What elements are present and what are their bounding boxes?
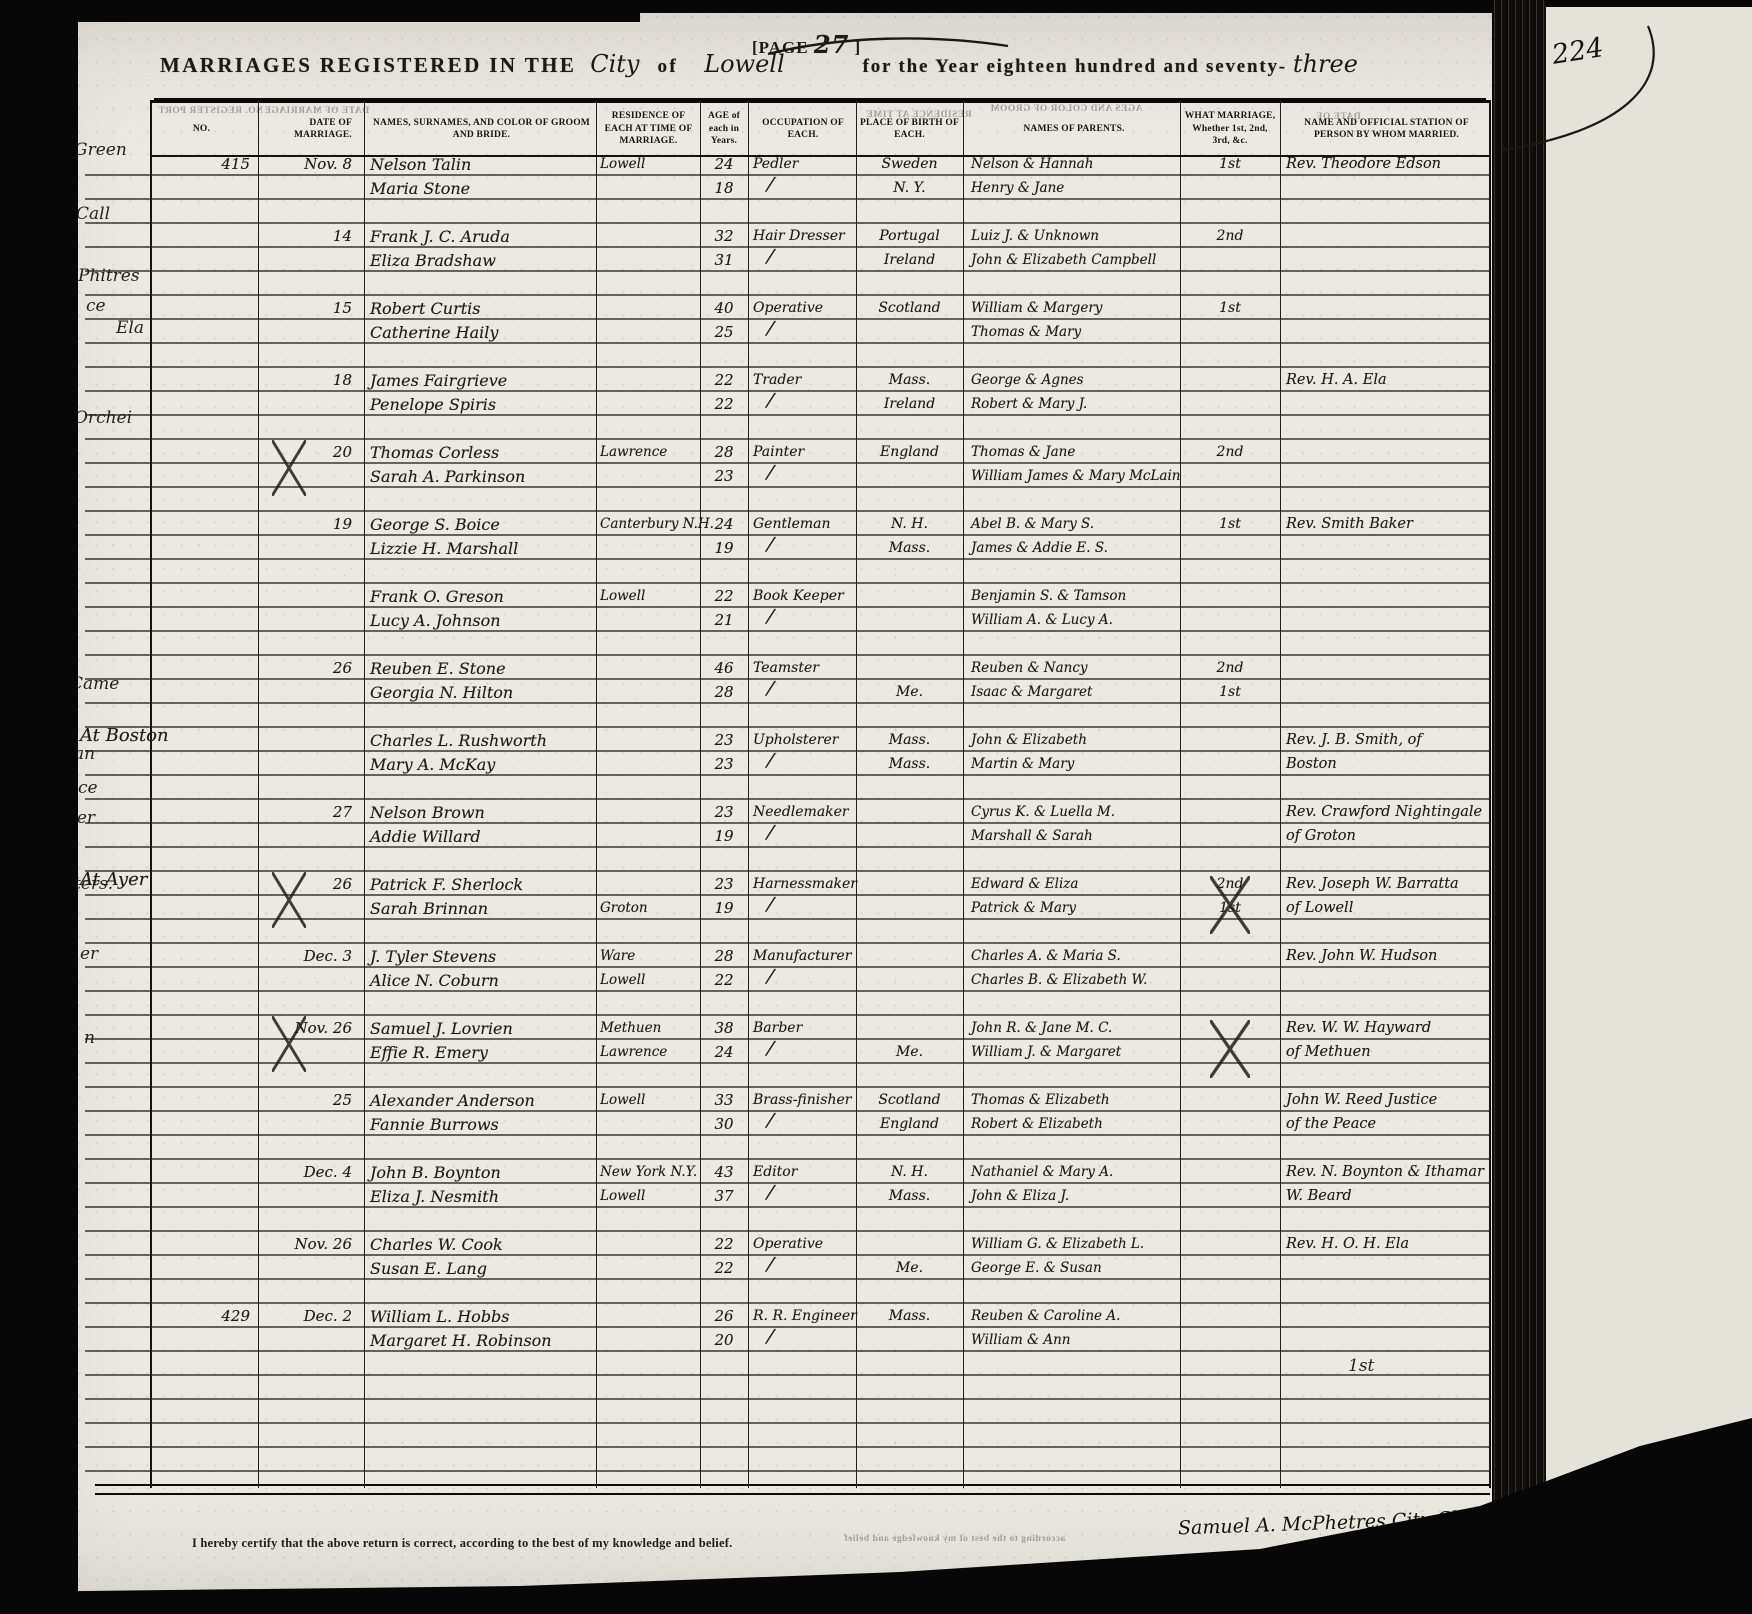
groom-residence: Methuen	[600, 1016, 700, 1040]
groom-age: 23	[700, 800, 748, 824]
bride-birthplace: Ireland	[856, 248, 963, 272]
record-number	[150, 1088, 250, 1112]
officiant-line2	[1286, 1256, 1490, 1280]
date-cell: 26	[258, 656, 364, 728]
bride-age: 24	[700, 1040, 748, 1064]
groom-birthplace: Mass.	[856, 728, 963, 752]
record-number	[150, 1160, 250, 1184]
date-cell: Dec. 3	[258, 944, 364, 1016]
birthplace-cell	[856, 800, 963, 872]
occupation-cell: Trader /	[748, 368, 856, 440]
what-marriage-cell	[1180, 1160, 1280, 1232]
top-left-scan-edge	[0, 0, 640, 22]
names-cell: Frank J. C. Aruda Eliza Bradshaw	[364, 224, 596, 296]
parents-cell: Charles A. & Maria S. Charles B. & Eliza…	[963, 944, 1180, 1016]
record-number-cell	[150, 224, 258, 296]
officiant-line2: of Lowell	[1286, 896, 1490, 920]
groom-name: William L. Hobbs	[370, 1304, 596, 1328]
occupation-cell: Pedler /	[748, 152, 856, 224]
birthplace-cell: Mass. Mass.	[856, 728, 963, 800]
officiant-line2: Boston	[1286, 752, 1490, 776]
bride-birthplace	[856, 896, 963, 920]
groom-birthplace: Portugal	[856, 224, 963, 248]
record-number-cell	[150, 512, 258, 584]
birthplace-cell: Scotland	[856, 296, 963, 368]
cross-mark-date	[272, 1016, 306, 1072]
groom-marriage-ordinal	[1180, 584, 1280, 608]
what-marriage-cell: 1st	[1180, 512, 1280, 584]
record-number-cell	[150, 1232, 258, 1304]
record-number	[150, 296, 250, 320]
bride-age: 20	[700, 1328, 748, 1352]
officiant-cell: Rev. W. W. Hayward of Methuen	[1280, 1016, 1490, 1088]
record-number	[150, 800, 250, 824]
record-number	[150, 512, 250, 536]
officiant-line1	[1286, 1304, 1490, 1328]
residence-cell	[596, 1232, 700, 1304]
bride-marriage-ordinal	[1180, 968, 1280, 992]
groom-age: 28	[700, 944, 748, 968]
record-number-cell	[150, 440, 258, 512]
names-cell: J. Tyler Stevens Alice N. Coburn	[364, 944, 596, 1016]
bride-marriage-ordinal	[1180, 392, 1280, 416]
date-cell: Dec. 4	[258, 1160, 364, 1232]
parents-cell: Nelson & Hannah Henry & Jane	[963, 152, 1180, 224]
birthplace-cell: Portugal Ireland	[856, 224, 963, 296]
marriage-date: 19	[258, 512, 352, 536]
bride-birthplace: Me.	[856, 1256, 963, 1280]
groom-parents: Nelson & Hannah	[971, 152, 1180, 176]
groom-name: Frank J. C. Aruda	[370, 224, 596, 248]
age-cell: 40 25	[700, 296, 748, 368]
groom-parents: William & Margery	[971, 296, 1180, 320]
bride-age: 23	[700, 464, 748, 488]
groom-parents: John R. & Jane M. C.	[971, 1016, 1180, 1040]
bride-residence	[600, 1328, 700, 1352]
bride-name: Susan E. Lang	[370, 1256, 596, 1280]
date-cell: 27	[258, 800, 364, 872]
officiant-line1	[1286, 224, 1490, 248]
bride-parents: William J. & Margaret	[971, 1040, 1180, 1064]
occupation-cell: Harnessmaker /	[748, 872, 856, 944]
table-row: 20 Thomas Corless Sarah A. Parkinson Law…	[150, 440, 1490, 512]
groom-name: Reuben E. Stone	[370, 656, 596, 680]
bride-parents: Isaac & Margaret	[971, 680, 1180, 704]
edge-text-fragment: ce	[78, 778, 98, 798]
age-cell: 22 22	[700, 1232, 748, 1304]
bride-marriage-ordinal	[1180, 320, 1280, 344]
bride-marriage-ordinal	[1180, 608, 1280, 632]
bride-birthplace: England	[856, 1112, 963, 1136]
bride-name: Addie Willard	[370, 824, 596, 848]
names-cell: William L. Hobbs Margaret H. Robinson	[364, 1304, 596, 1376]
column-header: PLACE OF BIRTH OF EACH.	[856, 103, 963, 155]
bride-residence	[600, 464, 700, 488]
residence-cell	[596, 1304, 700, 1376]
date-cell: 25	[258, 1088, 364, 1160]
groom-residence: Lowell	[600, 584, 700, 608]
groom-marriage-ordinal	[1180, 728, 1280, 752]
table-row: At Boston Charles L. Rushworth Mary A. M…	[150, 728, 1490, 800]
groom-birthplace: Sweden	[856, 152, 963, 176]
residence-cell: Lowell	[596, 152, 700, 224]
officiant-cell: Rev. Theodore Edson	[1280, 152, 1490, 224]
date-cell: Nov. 8	[258, 152, 364, 224]
bride-marriage-ordinal	[1180, 1328, 1280, 1352]
birthplace-cell: N. H. Mass.	[856, 512, 963, 584]
bride-parents: John & Elizabeth Campbell	[971, 248, 1180, 272]
residence-cell: Groton	[596, 872, 700, 944]
parents-cell: Abel B. & Mary S. James & Addie E. S.	[963, 512, 1180, 584]
officiant-cell: Rev. Crawford Nightingale of Groton	[1280, 800, 1490, 872]
bride-name: Eliza Bradshaw	[370, 248, 596, 272]
groom-residence	[600, 224, 700, 248]
officiant-line1	[1286, 296, 1490, 320]
title-printed-of: of	[658, 56, 679, 78]
bride-parents: George E. & Susan	[971, 1256, 1180, 1280]
officiant-line1	[1286, 656, 1490, 680]
officiant-line1	[1286, 440, 1490, 464]
occupation-cell: Painter /	[748, 440, 856, 512]
what-marriage-cell: 2nd 1st	[1180, 656, 1280, 728]
officiant-cell: Rev. H. O. H. Ela	[1280, 1232, 1490, 1304]
officiant-line2: of Methuen	[1286, 1040, 1490, 1064]
bride-parents: James & Addie E. S.	[971, 536, 1180, 560]
officiant-line2	[1286, 392, 1490, 416]
officiant-line1: Rev. Crawford Nightingale	[1286, 800, 1490, 824]
bride-age: 22	[700, 1256, 748, 1280]
age-cell: 28 22	[700, 944, 748, 1016]
officiant-line2	[1286, 608, 1490, 632]
groom-age: 22	[700, 368, 748, 392]
names-cell: Alexander Anderson Fannie Burrows	[364, 1088, 596, 1160]
parents-cell: Luiz J. & Unknown John & Elizabeth Campb…	[963, 224, 1180, 296]
title-script-year: three	[1293, 50, 1358, 78]
column-header: NAMES, SURNAMES, AND COLOR OF GROOM AND …	[364, 103, 596, 155]
occupation-cell: Hair Dresser /	[748, 224, 856, 296]
groom-parents: Edward & Eliza	[971, 872, 1180, 896]
table-row: 19 George S. Boice Lizzie H. Marshall Ca…	[150, 512, 1490, 584]
residence-cell	[596, 656, 700, 728]
date-cell: Nov. 26	[258, 1232, 364, 1304]
residence-cell: New York N.Y. Lowell	[596, 1160, 700, 1232]
names-cell: Nelson Talin Maria Stone	[364, 152, 596, 224]
names-cell: Charles W. Cook Susan E. Lang	[364, 1232, 596, 1304]
bride-birthplace: N. Y.	[856, 176, 963, 200]
groom-parents: Charles A. & Maria S.	[971, 944, 1180, 968]
column-header: NAME AND OFFICIAL STATION OF PERSON BY W…	[1280, 103, 1490, 155]
officiant-cell: Rev. N. Boynton & Ithamar W. Beard	[1280, 1160, 1490, 1232]
officiant-line1: Rev. John W. Hudson	[1286, 944, 1490, 968]
bride-residence	[600, 608, 700, 632]
groom-marriage-ordinal	[1180, 944, 1280, 968]
record-number	[150, 1232, 250, 1256]
edge-text-fragment: ce	[86, 296, 106, 316]
groom-name: Patrick F. Sherlock	[370, 872, 596, 896]
residence-cell	[596, 800, 700, 872]
groom-age: 24	[700, 152, 748, 176]
bride-name: Lucy A. Johnson	[370, 608, 596, 632]
bride-age: 19	[700, 824, 748, 848]
groom-residence	[600, 800, 700, 824]
groom-name: Thomas Corless	[370, 440, 596, 464]
bride-marriage-ordinal	[1180, 464, 1280, 488]
cross-mark-marriage	[1210, 876, 1250, 934]
margin-note: At Boston	[80, 725, 280, 746]
groom-parents: Nathaniel & Mary A.	[971, 1160, 1180, 1184]
table-row: Nov. 26 Samuel J. Lovrien Effie R. Emery…	[150, 1016, 1490, 1088]
parents-cell: Cyrus K. & Luella M. Marshall & Sarah	[963, 800, 1180, 872]
record-number-cell	[150, 944, 258, 1016]
table-row: Dec. 4 John B. Boynton Eliza J. Nesmith …	[150, 1160, 1490, 1232]
groom-parents: Benjamin S. & Tamson	[971, 584, 1180, 608]
groom-marriage-ordinal: 2nd	[1180, 440, 1280, 464]
bride-marriage-ordinal	[1180, 176, 1280, 200]
edge-text-fragment: n	[84, 1028, 95, 1048]
groom-birthplace	[856, 800, 963, 824]
officiant-line1: Rev. H. O. H. Ela	[1286, 1232, 1490, 1256]
marriage-date	[258, 584, 352, 608]
bride-age: 31	[700, 248, 748, 272]
officiant-line2	[1286, 464, 1490, 488]
what-marriage-cell	[1180, 1016, 1280, 1088]
bride-parents: John & Eliza J.	[971, 1184, 1180, 1208]
groom-parents: William G. & Elizabeth L.	[971, 1232, 1180, 1256]
left-scan-edge	[0, 0, 78, 1614]
officiant-cell	[1280, 656, 1490, 728]
residence-cell	[596, 224, 700, 296]
groom-parents: George & Agnes	[971, 368, 1180, 392]
bride-name: Lizzie H. Marshall	[370, 536, 596, 560]
age-cell: 28 23	[700, 440, 748, 512]
column-header: WHAT MARRIAGE, Whether 1st, 2nd, 3rd, &c…	[1180, 103, 1280, 155]
record-number: 429	[150, 1304, 250, 1328]
marriage-date: Dec. 3	[258, 944, 352, 968]
groom-name: Nelson Brown	[370, 800, 596, 824]
groom-birthplace: Mass.	[856, 368, 963, 392]
table-row: 415 Nov. 8 Nelson Talin Maria Stone Lowe…	[150, 152, 1490, 224]
marriage-date: 18	[258, 368, 352, 392]
marriage-date: 27	[258, 800, 352, 824]
bride-birthplace: Mass.	[856, 1184, 963, 1208]
bride-marriage-ordinal	[1180, 1256, 1280, 1280]
bride-residence	[600, 248, 700, 272]
bleed-through-text: according to the best of my knowledge an…	[844, 1534, 1065, 1544]
date-cell: Nov. 26	[258, 1016, 364, 1088]
cross-mark-date	[272, 440, 306, 496]
officiant-line1: Rev. Smith Baker	[1286, 512, 1490, 536]
record-number	[150, 656, 250, 680]
groom-birthplace	[856, 656, 963, 680]
groom-age: 43	[700, 1160, 748, 1184]
groom-marriage-ordinal	[1180, 1160, 1280, 1184]
marriage-date: Dec. 4	[258, 1160, 352, 1184]
what-marriage-cell: 2nd 1st	[1180, 872, 1280, 944]
bride-residence: Lowell	[600, 968, 700, 992]
bride-birthplace	[856, 320, 963, 344]
bride-age: 21	[700, 608, 748, 632]
what-marriage-cell	[1180, 800, 1280, 872]
groom-marriage-ordinal	[1180, 1088, 1280, 1112]
edge-text-fragment: Ela	[116, 318, 144, 338]
names-cell: John B. Boynton Eliza J. Nesmith	[364, 1160, 596, 1232]
parents-cell: Reuben & Nancy Isaac & Margaret	[963, 656, 1180, 728]
groom-parents: Cyrus K. & Luella M.	[971, 800, 1180, 824]
bride-parents: William James & Mary McLain	[971, 464, 1180, 488]
groom-marriage-ordinal: 2nd	[1180, 224, 1280, 248]
column-header: OCCUPATION OF EACH.	[748, 103, 856, 155]
groom-name: Robert Curtis	[370, 296, 596, 320]
table-row: 15 Robert Curtis Catherine Haily 40 25 O…	[150, 296, 1490, 368]
groom-birthplace	[856, 584, 963, 608]
record-number-cell	[150, 656, 258, 728]
table-row: Dec. 3 J. Tyler Stevens Alice N. Coburn …	[150, 944, 1490, 1016]
edge-text-fragment: Green	[74, 140, 127, 160]
names-cell: Thomas Corless Sarah A. Parkinson	[364, 440, 596, 512]
record-number-cell	[150, 1160, 258, 1232]
groom-birthplace: Mass.	[856, 1304, 963, 1328]
table-body: 415 Nov. 8 Nelson Talin Maria Stone Lowe…	[150, 152, 1490, 1376]
groom-residence	[600, 296, 700, 320]
bride-name: Maria Stone	[370, 176, 596, 200]
birthplace-cell: Sweden N. Y.	[856, 152, 963, 224]
groom-residence: Lowell	[600, 1088, 700, 1112]
marriage-date: Nov. 26	[258, 1232, 352, 1256]
edge-text-fragment: Orchei	[74, 408, 132, 428]
officiant-line1: Rev. Joseph W. Barratta	[1286, 872, 1490, 896]
bride-parents: William A. & Lucy A.	[971, 608, 1180, 632]
table-row: 18 James Fairgrieve Penelope Spiris 22 2…	[150, 368, 1490, 440]
margin-note: At Ayer	[80, 869, 280, 890]
residence-cell: Ware Lowell	[596, 944, 700, 1016]
parents-cell: Benjamin S. & Tamson William A. & Lucy A…	[963, 584, 1180, 656]
date-cell	[258, 584, 364, 656]
bride-age: 23	[700, 752, 748, 776]
occupation-cell: Barber /	[748, 1016, 856, 1088]
bride-age: 28	[700, 680, 748, 704]
parents-cell: Thomas & Jane William James & Mary McLai…	[963, 440, 1180, 512]
parents-cell: John R. & Jane M. C. William J. & Margar…	[963, 1016, 1180, 1088]
officiant-line1: Rev. N. Boynton & Ithamar	[1286, 1160, 1490, 1184]
marriage-date: Nov. 8	[258, 152, 352, 176]
bride-name: Sarah Brinnan	[370, 896, 596, 920]
record-number-cell	[150, 800, 258, 872]
title-printed-prefix: MARRIAGES REGISTERED IN THE	[160, 53, 576, 78]
officiant-line2	[1286, 248, 1490, 272]
officiant-line2: of the Peace	[1286, 1112, 1490, 1136]
occupation-cell: R. R. Engineer /	[748, 1304, 856, 1376]
age-cell: 38 24	[700, 1016, 748, 1088]
groom-name: John B. Boynton	[370, 1160, 596, 1184]
groom-parents: Abel B. & Mary S.	[971, 512, 1180, 536]
bride-parents: Robert & Elizabeth	[971, 1112, 1180, 1136]
residence-cell: Methuen Lawrence	[596, 1016, 700, 1088]
officiant-line1: Rev. H. A. Ela	[1286, 368, 1490, 392]
groom-marriage-ordinal: 1st	[1180, 296, 1280, 320]
record-number	[150, 944, 250, 968]
bride-birthplace: Me.	[856, 680, 963, 704]
bride-age: 30	[700, 1112, 748, 1136]
bride-name: Georgia N. Hilton	[370, 680, 596, 704]
date-cell: 18	[258, 368, 364, 440]
birthplace-cell: Scotland England	[856, 1088, 963, 1160]
record-number-cell	[150, 584, 258, 656]
groom-age: 22	[700, 1232, 748, 1256]
birthplace-cell: Me.	[856, 656, 963, 728]
officiant-line1: Rev. J. B. Smith, of	[1286, 728, 1490, 752]
bride-name: Mary A. McKay	[370, 752, 596, 776]
groom-residence	[600, 728, 700, 752]
bride-parents: Robert & Mary J.	[971, 392, 1180, 416]
table-header: NO.DATE OF MARRIAGE.NAMES, SURNAMES, AND…	[150, 100, 1490, 157]
bride-birthplace	[856, 608, 963, 632]
groom-residence: Lawrence	[600, 440, 700, 464]
groom-name: Charles L. Rushworth	[370, 728, 596, 752]
table-row: 25 Alexander Anderson Fannie Burrows Low…	[150, 1088, 1490, 1160]
record-number-cell	[150, 368, 258, 440]
what-marriage-cell	[1180, 1088, 1280, 1160]
title-printed-year: for the Year eighteen hundred and sevent…	[863, 56, 1287, 78]
officiant-cell: Rev. H. A. Ela	[1280, 368, 1490, 440]
age-cell: 23 19	[700, 872, 748, 944]
groom-birthplace	[856, 872, 963, 896]
names-cell: George S. Boice Lizzie H. Marshall	[364, 512, 596, 584]
bride-parents: Charles B. & Elizabeth W.	[971, 968, 1180, 992]
scanned-marriage-register: { "page": { "corner_number": "224", "pag…	[0, 0, 1752, 1614]
occupation-cell: Operative /	[748, 296, 856, 368]
groom-name: James Fairgrieve	[370, 368, 596, 392]
officiant-cell	[1280, 296, 1490, 368]
bride-residence	[600, 1112, 700, 1136]
groom-name: J. Tyler Stevens	[370, 944, 596, 968]
officiant-cell	[1280, 440, 1490, 512]
groom-age: 22	[700, 584, 748, 608]
bride-residence	[600, 752, 700, 776]
bride-age: 18	[700, 176, 748, 200]
marriage-date: 15	[258, 296, 352, 320]
groom-marriage-ordinal: 1st	[1180, 512, 1280, 536]
bride-parents: Henry & Jane	[971, 176, 1180, 200]
right-binding-strip	[1492, 0, 1546, 1614]
bride-marriage-ordinal: 1st	[1180, 680, 1280, 704]
what-marriage-cell: 1st	[1180, 152, 1280, 224]
record-number	[150, 224, 250, 248]
bride-age: 25	[700, 320, 748, 344]
what-marriage-cell: 2nd	[1180, 440, 1280, 512]
bride-residence	[600, 320, 700, 344]
groom-age: 40	[700, 296, 748, 320]
bride-name: Sarah A. Parkinson	[370, 464, 596, 488]
birthplace-cell: England	[856, 440, 963, 512]
groom-parents: Reuben & Nancy	[971, 656, 1180, 680]
officiant-cell	[1280, 584, 1490, 656]
birthplace-cell	[856, 944, 963, 1016]
bride-age: 22	[700, 392, 748, 416]
table-row: Frank O. Greson Lucy A. Johnson Lowell 2…	[150, 584, 1490, 656]
groom-marriage-ordinal: 2nd	[1180, 656, 1280, 680]
residence-cell	[596, 728, 700, 800]
record-number	[150, 368, 250, 392]
groom-residence: Ware	[600, 944, 700, 968]
groom-residence: Canterbury N.H.	[600, 512, 700, 536]
occupation-cell: Manufacturer /	[748, 944, 856, 1016]
bride-name: Alice N. Coburn	[370, 968, 596, 992]
column-header: DATE OF MARRIAGE.	[258, 103, 364, 155]
record-number-cell	[150, 296, 258, 368]
bride-marriage-ordinal	[1180, 824, 1280, 848]
residence-cell	[596, 296, 700, 368]
groom-parents: Luiz J. & Unknown	[971, 224, 1180, 248]
